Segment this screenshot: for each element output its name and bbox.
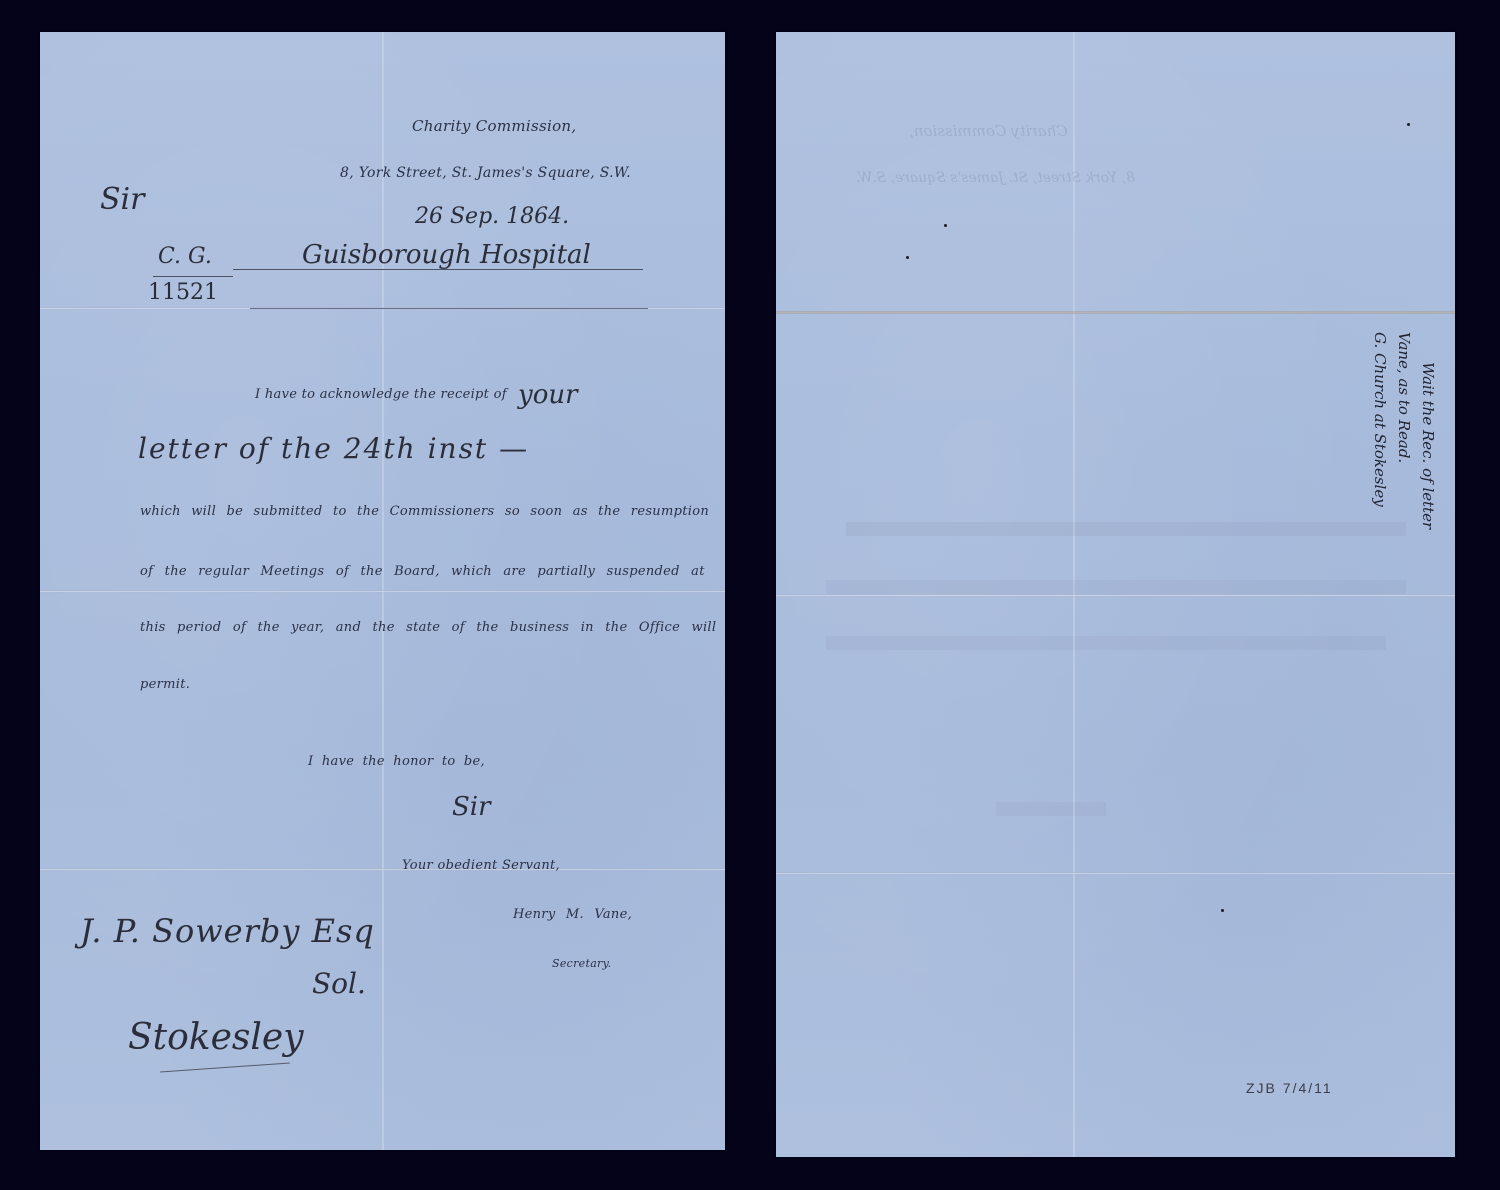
fold-line: [40, 590, 725, 593]
reference-underline: [153, 276, 233, 277]
bleed-through-address: 8, York Street, St. James's Square, S.W.: [856, 170, 1135, 186]
body-line-2-handwritten: letter of the 24th inst —: [138, 432, 529, 465]
addressee-place: Stokesley: [128, 1017, 304, 1058]
reference-number: 11521: [148, 280, 218, 305]
closing-salutation: Sir: [452, 792, 491, 822]
fold-line: [776, 594, 1455, 597]
reference-code: C. G.: [158, 244, 212, 269]
archive-reference: ZJB 7/4/11: [1246, 1080, 1333, 1096]
bleed-through-body: [826, 636, 1386, 650]
letter-page-front: Charity Commission, 8, York Street, St. …: [40, 32, 725, 1150]
letterhead-organization: Charity Commission,: [412, 117, 576, 135]
body-line-1: I have to acknowledge the receipt of: [255, 387, 507, 402]
letter-page-back: Charity Commission, 8, York Street, St. …: [776, 32, 1455, 1157]
body-line-5: this period of the year, and the state o…: [140, 620, 716, 635]
signatory-title: Secretary.: [552, 957, 611, 970]
fold-line: [40, 868, 725, 871]
bleed-through-closing: [996, 802, 1106, 816]
subject-underline: [233, 269, 643, 270]
header-rule: [250, 308, 648, 309]
body-line-4: of the regular Meetings of the Board, wh…: [140, 564, 705, 579]
bleed-through-body: [846, 522, 1406, 536]
bleed-through-organization: Charity Commission,: [909, 122, 1068, 140]
ink-speck: [906, 256, 909, 259]
fold-line: [776, 311, 1455, 314]
letter-date: 26 Sep. 1864.: [415, 204, 569, 229]
document-scan: Charity Commission, 8, York Street, St. …: [0, 0, 1500, 1190]
ink-speck: [1407, 123, 1410, 126]
body-line-6: permit.: [140, 677, 190, 692]
ink-speck: [1221, 909, 1224, 912]
salutation: Sir: [100, 182, 145, 217]
side-note-line-2: Vane, as to Read.: [1392, 332, 1416, 529]
fold-line: [776, 872, 1455, 875]
side-note-line-1: Wait the Rec. of letter: [1416, 332, 1440, 529]
ink-speck: [944, 224, 947, 227]
addressee-name: J. P. Sowerby Esq: [80, 912, 375, 950]
body-line-3: which will be submitted to the Commissio…: [140, 504, 709, 519]
letterhead-address: 8, York Street, St. James's Square, S.W.: [340, 165, 631, 181]
addressee-flourish: [160, 1062, 290, 1072]
closing-line-1: I have the honor to be,: [308, 754, 485, 769]
addressee-role: Sol.: [312, 967, 366, 1000]
side-note: Wait the Rec. of letter Vane, as to Read…: [1368, 332, 1440, 529]
closing-line-2: Your obedient Servant,: [402, 858, 560, 873]
signatory-name: Henry M. Vane,: [513, 907, 632, 922]
body-line-1-handwritten: your: [518, 380, 578, 410]
subject-line: Guisborough Hospital: [302, 240, 591, 270]
side-note-line-3: G. Church at Stokesley: [1368, 332, 1392, 529]
bleed-through-body: [826, 580, 1406, 594]
